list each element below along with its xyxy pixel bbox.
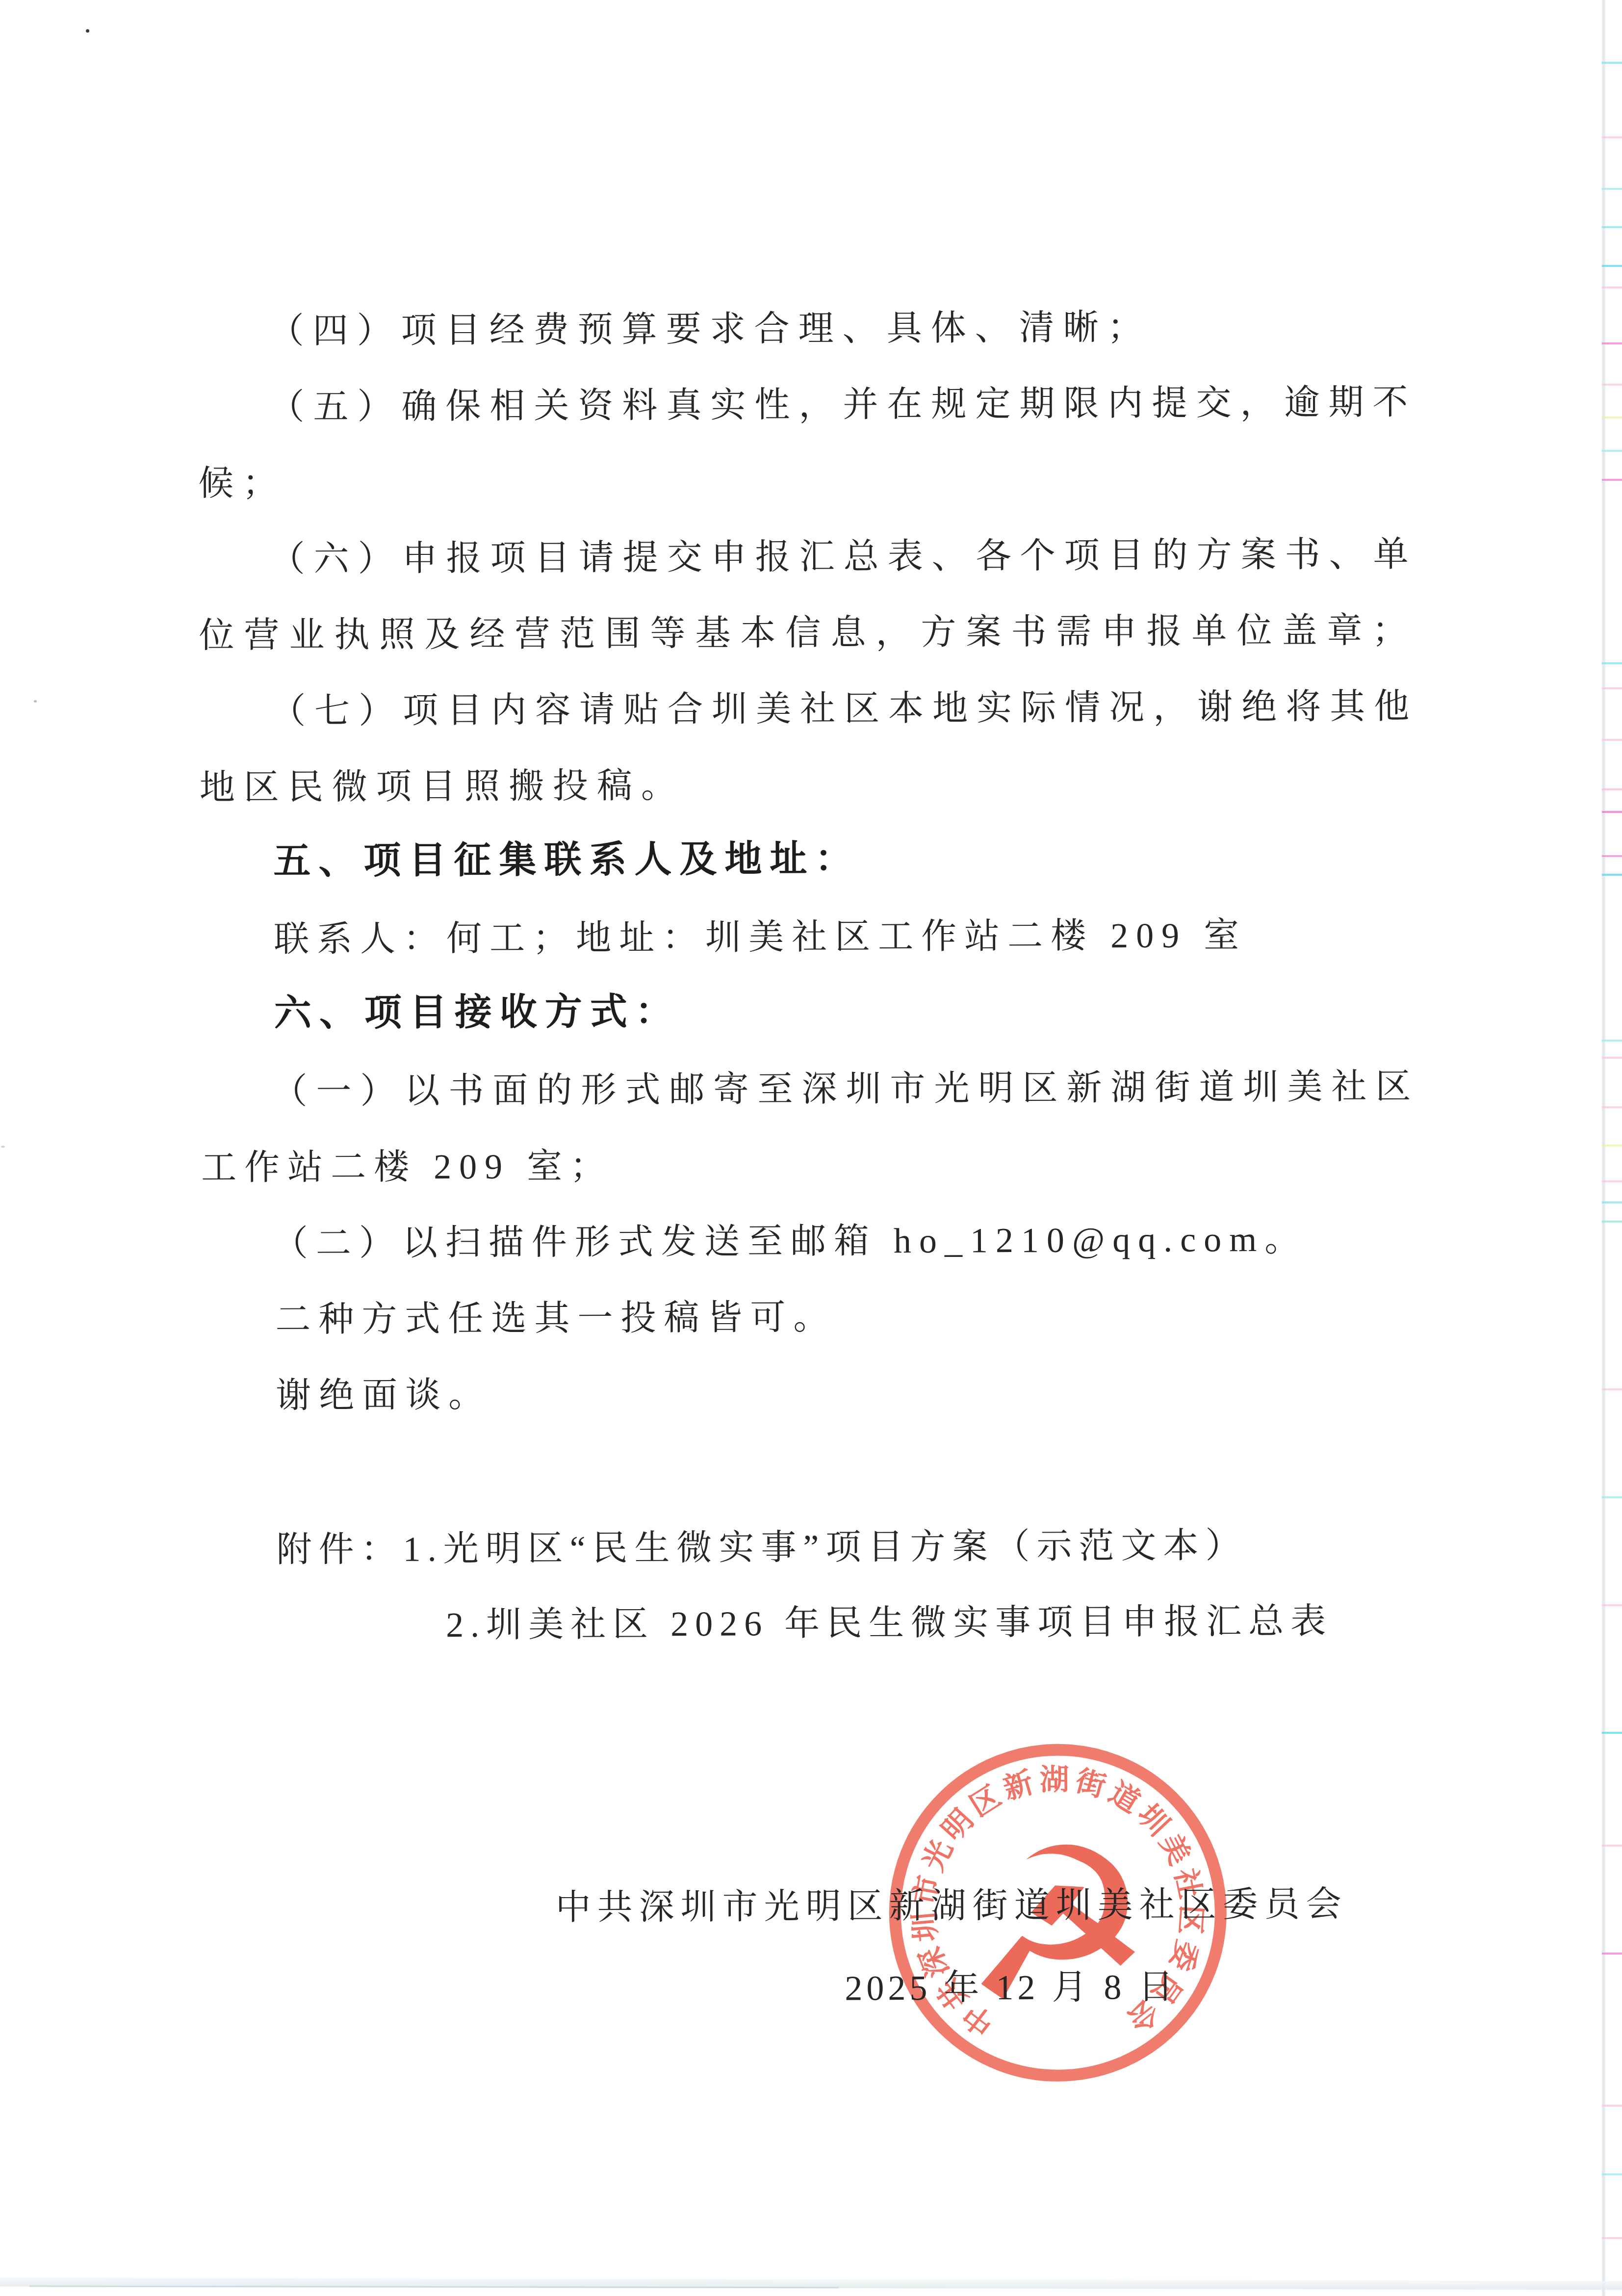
email-line: （二）以扫描件形式发送至邮箱 ho_1210@qq.com。 — [273, 1216, 1308, 1267]
scan-color-tick — [1602, 662, 1622, 664]
issuer-line: 中共深圳市光明区新湖街道圳美社区委员会 — [556, 1880, 1348, 1931]
body-line: 位营业执照及经营范围等基本信息，方案书需申报单位盖章； — [199, 607, 1417, 659]
body-line: （一）以书面的形式邮寄至深圳市光明区新湖街道圳美社区 — [272, 1063, 1419, 1115]
body-line: 候； — [198, 460, 286, 507]
scan-color-tick — [1602, 1040, 1622, 1042]
scan-color-tick — [1602, 188, 1622, 190]
date-line: 2025 年 12 月 8 日 — [845, 1963, 1177, 2012]
scan-color-tick — [1602, 342, 1622, 344]
ink-speck — [34, 700, 37, 703]
scan-color-tick — [1602, 1106, 1622, 1108]
scan-color-tick — [1602, 739, 1622, 741]
scan-color-tick — [1602, 1604, 1622, 1606]
scan-color-tick — [1602, 287, 1622, 288]
scan-color-tick — [1602, 1953, 1622, 1955]
scan-color-tick — [1602, 2105, 1622, 2107]
scan-color-tick — [1602, 2237, 1622, 2239]
scan-color-tick — [1602, 687, 1622, 689]
scan-color-tick — [1602, 62, 1622, 64]
ink-speck — [86, 29, 89, 32]
body-line: 二种方式任选其一投稿皆可。 — [275, 1294, 836, 1343]
body-line: 谢绝面谈。 — [276, 1371, 491, 1419]
scan-color-tick — [1602, 384, 1622, 386]
scan-artifact-line — [1602, 0, 1605, 2296]
scan-color-tick — [1602, 479, 1622, 481]
scan-color-tick — [1602, 874, 1622, 876]
body-line: （四）项目经费预算要求合理、具体、清晰； — [269, 304, 1152, 355]
scan-color-tick — [1602, 136, 1622, 138]
scan-color-tick — [1602, 417, 1622, 418]
ink-speck — [1, 1146, 5, 1148]
body-line: （六）申报项目请提交申报汇总表、各个项目的方案书、单 — [270, 531, 1417, 583]
scan-color-tick — [1602, 226, 1622, 228]
scan-color-tick — [1602, 1845, 1622, 1847]
scan-color-tick — [1602, 1201, 1622, 1203]
scan-color-tick — [1602, 1180, 1622, 1182]
body-line: 地区民微项目照搬投稿。 — [200, 762, 685, 811]
scan-color-tick — [1602, 1732, 1622, 1734]
attachment-line-1: 附件：1.光明区“民生微实事”项目方案（示范文本） — [276, 1522, 1247, 1573]
scan-color-tick — [1602, 265, 1622, 267]
scanned-document-page: （四）项目经费预算要求合理、具体、清晰； （五）确保相关资料真实性，并在规定期限… — [0, 0, 1622, 2296]
contact-line: 联系人：何工；地址：圳美社区工作站二楼 209 室 — [274, 912, 1247, 963]
scan-color-tick — [1602, 1496, 1622, 1498]
body-line: （七）项目内容请贴合圳美社区本地实际情况，谢绝将其他 — [270, 683, 1418, 735]
scan-color-tick — [1602, 1221, 1622, 1223]
scan-color-tick — [1602, 2173, 1622, 2175]
section-heading-5: 五、项目征集联系人及地址： — [273, 835, 860, 885]
body-line: 工作站二楼 209 室； — [201, 1143, 613, 1192]
scan-color-tick — [1602, 1057, 1622, 1059]
section-heading-6: 六、项目接收方式： — [274, 988, 680, 1037]
attachment-line-2: 2.圳美社区 2026 年民生微实事项目申报汇总表 — [446, 1597, 1333, 1648]
body-line: （五）确保相关资料真实性，并在规定期限内提交，逾期不 — [269, 379, 1416, 431]
scan-color-tick — [1602, 811, 1622, 813]
document-content: （四）项目经费预算要求合理、具体、清晰； （五）确保相关资料真实性，并在规定期限… — [0, 0, 1622, 2296]
scan-color-tick — [1602, 1388, 1622, 1390]
scan-color-tick — [1602, 1145, 1622, 1147]
scan-color-tick — [1602, 855, 1622, 857]
scan-color-tick — [1602, 788, 1622, 790]
scan-color-tick — [1602, 450, 1622, 452]
